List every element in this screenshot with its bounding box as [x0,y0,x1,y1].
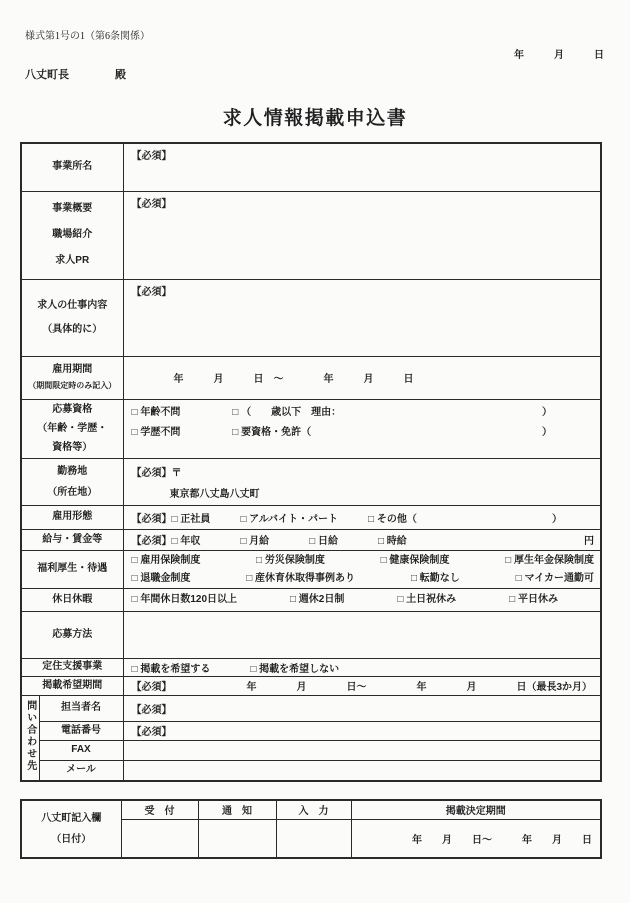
checkbox-license-required: □ 要資格・免許（ [232,427,311,438]
row-contact-fax: FAX [21,740,601,760]
checkbox-holidays-120: □ 年間休日数120日以上 [132,589,238,611]
notice-cell [198,819,276,858]
row-location: 勤務地 （所在地） 【必須】〒 東京都八丈島八丈町 [21,458,601,505]
checkbox-pension-insurance: □ 厚生年金保険制度 [505,552,594,570]
office-use-header-row: 八丈町記入欄 （日付） 受 付 通 知 入 力 掲載決定期間 [21,800,601,819]
salary-field: 【必須】□ 年収 □ 月給 □ 日給 □ 時給円 [123,529,601,550]
row-overview: 事業概要 職場紹介 求人PR 【必須】 [21,191,601,279]
required-badge: 【必須】 [132,705,172,716]
contact-person-label: 担当者名 [39,695,123,721]
dono-label: 殿 [115,69,126,81]
checkbox-age-limit: □ （ 歳以下 理由： [232,407,341,418]
checkbox-employment-insurance: □ 雇用保険制度 [132,552,201,570]
mayor-label: 八丈町長 [25,69,69,81]
office-use-label: 八丈町記入欄 （日付） [21,800,121,858]
checkbox-age-any: □ 年齢不問 [132,403,230,423]
settlement-support-field: □ 掲載を希望する □ 掲載を希望しない [123,658,601,676]
overview-field: 【必須】 [123,191,601,279]
posting-period-label: 掲載希望期間 [21,676,123,695]
page-title: 求人情報掲載申込書 [0,103,630,130]
input-header: 入 力 [276,800,351,819]
yen-unit: 円 [584,532,594,547]
contact-mail-label: メール [39,760,123,781]
posting-period-field: 【必須】 年 月 日～ 年 月 日（最長3か月） [123,676,601,695]
row-office-name: 事業所名 【必須】 [21,143,601,191]
row-settlement-support: 定住支援事業 □ 掲載を希望する □ 掲載を希望しない [21,658,601,676]
contact-person-field: 【必須】 [123,695,601,721]
contact-fax-field [123,740,601,760]
employment-type-field: 【必須】□ 正社員 □ アルバイト・パート □ その他（） [123,505,601,529]
row-employment-type: 雇用形態 【必須】□ 正社員 □ アルバイト・パート □ その他（） [21,505,601,529]
salary-label: 給与・賃金等 [21,529,123,550]
contact-phone-field: 【必須】 [123,721,601,740]
date-line: 年 月 日 [514,46,604,61]
notice-header: 通 知 [198,800,276,819]
row-contact-phone: 電話番号 【必須】 [21,721,601,740]
decision-period-value: 年 月 日～ 年 月 日 [351,819,601,858]
row-job-desc: 求人の仕事内容 （具体的に） 【必須】 [21,279,601,356]
qualifications-field: □ 年齢不問 □ （ 歳以下 理由： ） □ 学歴不問 □ 要資格・免許（ ） [123,399,601,458]
application-method-field [123,611,601,658]
row-contact-mail: メール [21,760,601,781]
decision-period-header: 掲載決定期間 [351,800,601,819]
overview-label: 事業概要 職場紹介 求人PR [21,191,123,279]
reception-header: 受 付 [121,800,198,819]
location-label: 勤務地 （所在地） [21,458,123,505]
employment-period-field: 年 月 日 ～ 年 月 日 [123,356,601,399]
row-holidays: 休日休暇 □ 年間休日数120日以上 □ 週休2日制 □ 土日祝休み □ 平日休… [21,588,601,611]
application-form-table: 事業所名 【必須】 事業概要 職場紹介 求人PR 【必須】 求人の仕事内容 （具… [20,142,602,782]
reception-cell [121,819,198,858]
checkbox-retirement-allowance: □ 退職金制度 [132,570,191,588]
holidays-label: 休日休暇 [21,588,123,611]
benefits-label: 福利厚生・待遇 [21,550,123,588]
checkbox-education-any: □ 学歴不問 [132,423,230,443]
input-cell [276,819,351,858]
row-salary: 給与・賃金等 【必須】□ 年収 □ 月給 □ 日給 □ 時給円 [21,529,601,550]
checkbox-weekend-off: □ 土日祝休み [397,589,456,611]
checkbox-two-day-weekend: □ 週休2日制 [290,589,344,611]
row-qualifications: 応募資格 （年齢・学歴・ 資格等） □ 年齢不問 □ （ 歳以下 理由： ） □… [21,399,601,458]
settlement-support-label: 定住支援事業 [21,658,123,676]
addressee-line: 八丈町長殿 [25,66,126,82]
checkbox-car-commute: □ マイカー通勤可 [516,570,594,588]
postal-mark: 【必須】〒 [132,462,595,484]
location-value: 東京都八丈島八丈町 [132,484,595,505]
required-badge: 【必須】 [132,727,172,738]
required-badge: 【必須】 [132,151,172,162]
benefits-field: □ 雇用保険制度 □ 労災保険制度 □ 健康保険制度 □ 厚生年金保険制度 □ … [123,550,601,588]
office-use-table: 八丈町記入欄 （日付） 受 付 通 知 入 力 掲載決定期間 年 月 日～ 年 … [20,799,602,859]
required-badge: 【必須】 [132,199,172,210]
row-employment-period: 雇用期間 （期間限定時のみ記入） 年 月 日 ～ 年 月 日 [21,356,601,399]
employment-type-label: 雇用形態 [21,505,123,529]
required-badge: 【必須】 [132,287,172,298]
checkbox-parental-leave: □ 産休育休取得事例あり [246,570,355,588]
checkbox-accident-insurance: □ 労災保険制度 [256,552,325,570]
location-field: 【必須】〒 東京都八丈島八丈町 [123,458,601,505]
row-contact-person: 問い合わせ先 担当者名 【必須】 [21,695,601,721]
contact-phone-label: 電話番号 [39,721,123,740]
holidays-field: □ 年間休日数120日以上 □ 週休2日制 □ 土日祝休み □ 平日休み [123,588,601,611]
office-name-field: 【必須】 [123,143,601,191]
checkbox-no-transfer: □ 転勤なし [411,570,460,588]
checkbox-health-insurance: □ 健康保険制度 [381,552,450,570]
checkbox-weekday-off: □ 平日休み [509,589,558,611]
form-code: 様式第1号の1（第6条関係） [25,27,150,42]
employment-period-label: 雇用期間 （期間限定時のみ記入） [21,356,123,399]
application-method-label: 応募方法 [21,611,123,658]
job-desc-label: 求人の仕事内容 （具体的に） [21,279,123,356]
job-desc-field: 【必須】 [123,279,601,356]
office-name-label: 事業所名 [21,143,123,191]
row-benefits: 福利厚生・待遇 □ 雇用保険制度 □ 労災保険制度 □ 健康保険制度 □ 厚生年… [21,550,601,588]
contact-fax-label: FAX [39,740,123,760]
contact-section-label: 問い合わせ先 [21,695,39,781]
qualifications-label: 応募資格 （年齢・学歴・ 資格等） [21,399,123,458]
contact-mail-field [123,760,601,781]
row-posting-period: 掲載希望期間 【必須】 年 月 日～ 年 月 日（最長3か月） [21,676,601,695]
row-application-method: 応募方法 [21,611,601,658]
